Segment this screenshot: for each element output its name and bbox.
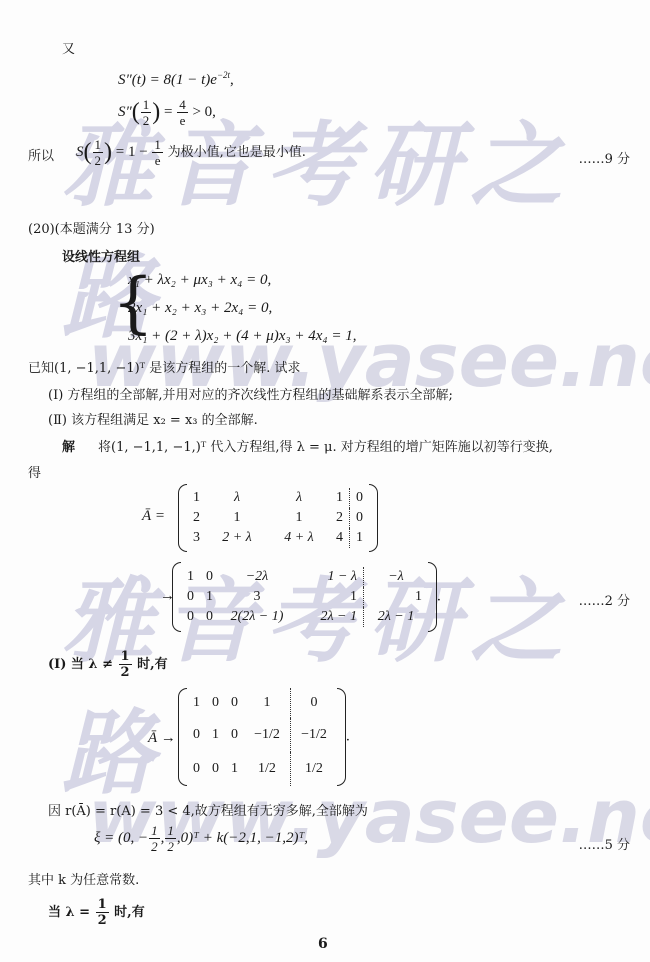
augmented-matrix-2: 10−2λ1 − λ−λ 01311 002(2λ − 1)2λ − 12λ −… <box>172 562 441 632</box>
conclusion-formula: S(12) = 1 − 1e 为极小值,它也是最小值. <box>76 138 306 167</box>
cell: 0 <box>187 752 206 786</box>
case-1-condition: (Ⅰ) 当 λ ≠ 12 时,有 <box>48 650 168 679</box>
cell: λ <box>268 488 330 508</box>
case-2-prefix: 当 λ = <box>48 905 90 920</box>
frac-num: 1 <box>96 898 109 913</box>
xi-prefix: ξ = (0, − <box>94 830 148 846</box>
intro-you: 又 <box>62 38 75 57</box>
equation-3: 3x₁ + (2 + λ)x₂ + (4 + μ)x₃ + 4x₄ = 1, <box>128 328 356 345</box>
solution-continued: 得 <box>28 462 41 481</box>
frac-num: 4 <box>177 98 188 113</box>
cell: 2 <box>330 508 350 528</box>
part-2-question: (Ⅱ) 该方程组满足 x₂ = x₃ 的全部解. <box>48 409 258 428</box>
frac-den: e <box>177 113 188 127</box>
augmented-matrix-1: 1λλ10 21120 32 + λ4 + λ41 <box>178 484 378 552</box>
frac-den: 2 <box>96 913 109 927</box>
bracket-right <box>428 562 437 632</box>
cell: 1 <box>268 508 330 528</box>
cell: 0 <box>187 718 206 752</box>
score-2: ……2 分 <box>579 590 630 609</box>
problem-intro: 设线性方程组 <box>62 246 140 265</box>
cell: λ <box>206 488 268 508</box>
period: . <box>437 589 441 605</box>
cell: 0 <box>225 718 244 752</box>
bracket-left <box>172 562 181 632</box>
cell: 0 <box>181 587 200 607</box>
case-2-condition: 当 λ = 12 时,有 <box>48 898 145 927</box>
second-derivative-value: S″(12) = 4e > 0, <box>118 98 216 127</box>
equals: = <box>164 104 172 120</box>
part-1-question: (Ⅰ) 方程组的全部解,并用对应的齐次线性方程组的基础解系表示全部解; <box>48 384 453 403</box>
cell: 4 <box>330 528 350 548</box>
cell: 1 <box>244 688 291 718</box>
bracket-right <box>369 484 378 552</box>
cell: −1/2 <box>291 718 338 752</box>
cell: 1/2 <box>291 752 338 786</box>
fraction-half: 12 <box>93 138 104 167</box>
case-2-suffix: 时,有 <box>114 905 145 920</box>
fraction-half: 12 <box>96 898 109 927</box>
s-func: S <box>76 144 84 160</box>
formula-line1: S″(t) = 8(1 − t)e <box>118 72 217 88</box>
cell: 0 <box>181 607 200 627</box>
cell: 0 <box>200 567 219 587</box>
bracket-right <box>337 688 346 786</box>
frac-den: e <box>152 153 163 167</box>
xi-tail: ,0)ᵀ + k(−2,1, −1,2)ᵀ, <box>177 830 308 846</box>
paren-open: ( <box>84 139 92 165</box>
period: . <box>346 729 350 745</box>
cell: 0 <box>225 688 244 718</box>
matrix-3-label: Ā → <box>148 730 176 747</box>
cell: 1 <box>364 587 429 607</box>
equation-1: x₁ + λx₂ + μx₃ + x₄ = 0, <box>128 272 271 289</box>
frac-num: 1 <box>152 138 163 153</box>
frac-den: 2 <box>141 113 152 127</box>
k-note: 其中 k 为任意常数. <box>28 869 139 888</box>
cell: 2 <box>187 508 206 528</box>
fraction-1-e: 1e <box>152 138 163 167</box>
cell: −λ <box>364 567 429 587</box>
cell: 2 + λ <box>206 528 268 548</box>
equals-one-minus: = 1 − <box>116 144 148 160</box>
cell: 3 <box>187 528 206 548</box>
frac-den: 2 <box>119 665 132 679</box>
case-1-suffix: 时,有 <box>137 657 168 672</box>
cell: 1 <box>295 587 364 607</box>
frac-num: 1 <box>93 138 104 153</box>
cell: 2λ − 1 <box>364 607 429 627</box>
formula-comma: , <box>230 72 234 88</box>
cell: 0 <box>291 688 338 718</box>
cell: 1 <box>206 718 225 752</box>
paren-close: ) <box>104 139 112 165</box>
cell: −2λ <box>219 567 295 587</box>
formula-exponent: −2t <box>217 70 230 80</box>
cell: 4 + λ <box>268 528 330 548</box>
cell: 1 <box>187 488 206 508</box>
bracket-left <box>178 688 187 786</box>
fraction-half: 12 <box>141 98 152 127</box>
solution-label: 解 <box>62 436 75 455</box>
augmented-matrix-3: 10010 010−1/2−1/2 0011/21/2 . <box>178 688 350 786</box>
cell: 0 <box>200 607 219 627</box>
cell: 2(2λ − 1) <box>219 607 295 627</box>
second-derivative-formula: S″(t) = 8(1 − t)e−2t, <box>118 70 234 89</box>
cell: 1 <box>187 688 206 718</box>
cell: 0 <box>206 688 225 718</box>
score-5: ……5 分 <box>579 834 630 853</box>
cell: 0 <box>350 508 370 528</box>
cell: 3 <box>219 587 295 607</box>
fraction-half: 12 <box>165 824 176 853</box>
cell: 0 <box>206 752 225 786</box>
cell: 1 <box>225 752 244 786</box>
cell: 0 <box>350 488 370 508</box>
paren-open: ( <box>132 99 140 125</box>
matrix-a-bar-label: Ā = <box>142 508 165 525</box>
frac-num: 1 <box>141 98 152 113</box>
conclusion-label: 所以 <box>28 145 54 164</box>
fraction-half: 12 <box>149 824 160 853</box>
cell: −1/2 <box>244 718 291 752</box>
cell: 1 <box>181 567 200 587</box>
page-number: 6 <box>318 936 328 952</box>
equation-2: 2x₁ + x₂ + x₃ + 2x₄ = 0, <box>128 300 272 317</box>
s-double-prime: S″ <box>118 104 132 120</box>
cell: 1 <box>330 488 350 508</box>
cell: 1 <box>350 528 370 548</box>
cell: 1/2 <box>244 752 291 786</box>
case-1-prefix: (Ⅰ) 当 λ ≠ <box>48 657 113 672</box>
solution-text: 将(1, −1,1, −1,)ᵀ 代入方程组,得 λ = μ. 对方程组的增广矩… <box>98 436 553 455</box>
fraction-4-e: 4e <box>177 98 188 127</box>
conclusion-text: 为极小值,它也是最小值. <box>168 145 306 160</box>
fraction-half: 12 <box>119 650 132 679</box>
cell: 1 <box>200 587 219 607</box>
rank-statement: 因 r(Ā) = r(A) = 3 < 4,故方程组有无穷多解,全部解为 <box>48 800 368 819</box>
given-statement: 已知(1, −1,1, −1)ᵀ 是该方程组的一个解. 试求 <box>28 357 301 376</box>
xi-comma: , <box>161 830 165 846</box>
general-solution: ξ = (0, −12,12,0)ᵀ + k(−2,1, −1,2)ᵀ, <box>94 824 308 853</box>
frac-den: 2 <box>93 153 104 167</box>
frac-num: 1 <box>119 650 132 665</box>
bracket-left <box>178 484 187 552</box>
score-9: ……9 分 <box>579 148 630 167</box>
paren-close: ) <box>152 99 160 125</box>
cell: 1 <box>206 508 268 528</box>
gt-zero: > 0, <box>192 104 215 120</box>
problem-20-header: (20)(本题满分 13 分) <box>28 218 155 237</box>
cell: 1 − λ <box>295 567 364 587</box>
cell: 2λ − 1 <box>295 607 364 627</box>
